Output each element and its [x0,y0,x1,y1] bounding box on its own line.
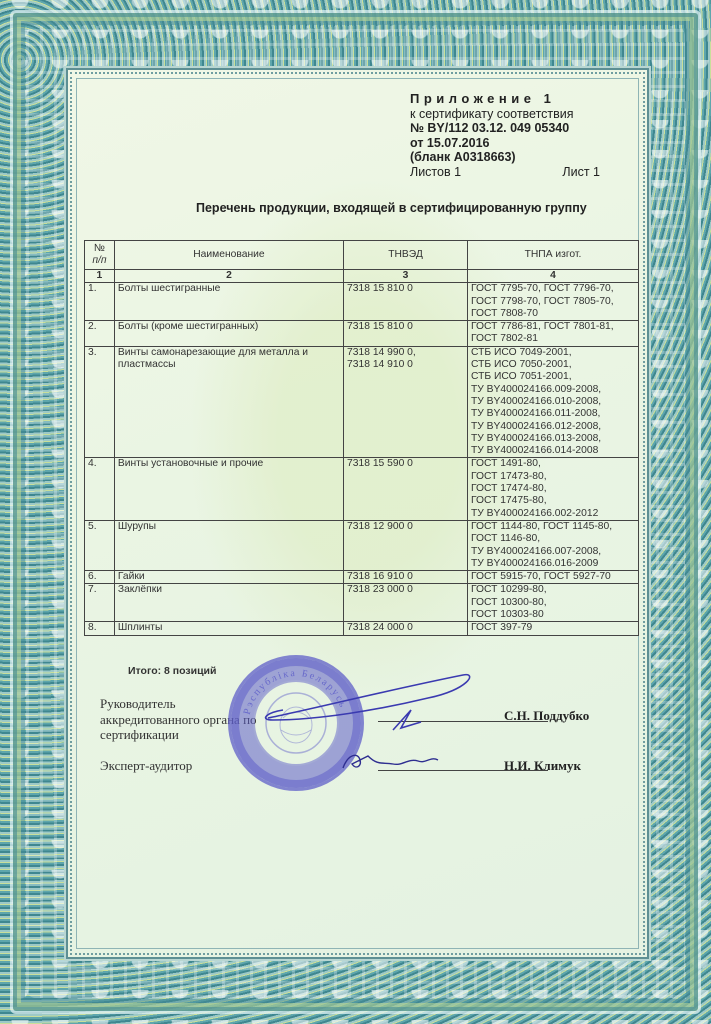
head-role-line: Руководитель [100,696,257,712]
header-no-line: № [88,243,111,255]
sheet-number: Лист 1 [562,165,600,180]
cell-tnpa: ГОСТ 7786-81, ГОСТ 7801-81,ГОСТ 7802-81 [467,321,638,347]
column-number: 3 [344,270,468,283]
auditor-role: Эксперт-аудитор [100,758,192,774]
table-row: 6.Гайки7318 16 910 0ГОСТ 5915-70, ГОСТ 5… [85,571,639,584]
table-header-row: № п/п Наименование ТНВЭД ТНПА изгот. [85,241,639,270]
svg-text:Рэспубліка Беларусь: Рэспубліка Беларусь [242,668,349,716]
appendix-title: Приложение 1 [410,92,600,107]
cell-tnpa: ГОСТ 5915-70, ГОСТ 5927-70 [467,571,638,584]
cell-tnved: 7318 12 900 0 [344,520,468,570]
products-table: № п/п Наименование ТНВЭД ТНПА изгот. 1 2… [84,240,639,636]
cell-name: Шплинты [114,622,343,635]
head-name: С.Н. Поддубко [504,708,589,724]
sheets-total: Листов 1 [410,165,461,180]
column-number-row: 1 2 3 4 [85,270,639,283]
cell-tnpa: СТБ ИСО 7049-2001,СТБ ИСО 7050-2001,СТБ … [467,346,638,458]
cell-name: Заклёпки [114,584,343,622]
cell-tnved: 7318 15 590 0 [344,458,468,520]
column-number: 2 [114,270,343,283]
table-row: 7.Заклёпки7318 23 000 0ГОСТ 10299-80,ГОС… [85,584,639,622]
cell-tnved: 7318 14 990 0,7318 14 910 0 [344,346,468,458]
auditor-signature-icon [338,746,458,776]
cell-tnved: 7318 23 000 0 [344,584,468,622]
cell-name: Винты самонарезающие для металла ипластм… [114,346,343,458]
cell-no: 7. [85,584,115,622]
table-row: 2.Болты (кроме шестигранных)7318 15 810 … [85,321,639,347]
cell-no: 6. [85,571,115,584]
cell-name: Болты шестигранные [114,283,343,321]
cell-no: 4. [85,458,115,520]
cell-no: 1. [85,283,115,321]
cell-tnpa: ГОСТ 1491-80,ГОСТ 17473-80,ГОСТ 17474-80… [467,458,638,520]
column-number: 1 [85,270,115,283]
sheet-info: Листов 1 Лист 1 [410,165,600,180]
table-row: 3.Винты самонарезающие для металла иплас… [85,346,639,458]
column-number: 4 [467,270,638,283]
appendix-subtitle: к сертификату соответствия [410,107,600,122]
cell-tnved: 7318 24 000 0 [344,622,468,635]
cell-tnved: 7318 15 810 0 [344,283,468,321]
header-tnpa: ТНПА изгот. [467,241,638,270]
table-row: 4.Винты установочные и прочие7318 15 590… [85,458,639,520]
cell-name: Болты (кроме шестигранных) [114,321,343,347]
certificate-page: Приложение 1 к сертификату соответствия … [66,68,649,959]
cell-no: 5. [85,520,115,570]
cell-no: 3. [85,346,115,458]
table-row: 8.Шплинты7318 24 000 0ГОСТ 397-79 [85,622,639,635]
total-positions: Итого: 8 позиций [128,665,216,677]
cell-no: 2. [85,321,115,347]
cell-name: Гайки [114,571,343,584]
cell-tnpa: ГОСТ 397-79 [467,622,638,635]
certificate-date: от 15.07.2016 [410,136,600,151]
cell-tnved: 7318 16 910 0 [344,571,468,584]
appendix-header: Приложение 1 к сертификату соответствия … [410,92,600,179]
head-role-line: сертификации [100,727,257,743]
certificate-number: № BY/112 03.12. 049 05340 [410,121,600,136]
header-name: Наименование [114,241,343,270]
cell-tnpa: ГОСТ 10299-80,ГОСТ 10300-80,ГОСТ 10303-8… [467,584,638,622]
head-role-line: аккредитованного органа по [100,712,257,728]
blank-number: (бланк А0318663) [410,150,600,165]
table-row: 1.Болты шестигранные7318 15 810 0ГОСТ 77… [85,283,639,321]
head-role: Руководитель аккредитованного органа по … [100,696,257,743]
header-no: № п/п [85,241,115,270]
header-tnved: ТНВЭД [344,241,468,270]
list-title: Перечень продукции, входящей в сертифици… [196,201,587,215]
cell-tnved: 7318 15 810 0 [344,321,468,347]
cell-tnpa: ГОСТ 1144-80, ГОСТ 1145-80,ГОСТ 1146-80,… [467,520,638,570]
cell-name: Шурупы [114,520,343,570]
table-row: 5.Шурупы7318 12 900 0ГОСТ 1144-80, ГОСТ … [85,520,639,570]
auditor-name: Н.И. Климук [504,758,581,774]
cell-no: 8. [85,622,115,635]
cell-name: Винты установочные и прочие [114,458,343,520]
header-no-line: п/п [88,255,111,267]
head-signature-icon [228,660,488,740]
cell-tnpa: ГОСТ 7795-70, ГОСТ 7796-70,ГОСТ 7798-70,… [467,283,638,321]
